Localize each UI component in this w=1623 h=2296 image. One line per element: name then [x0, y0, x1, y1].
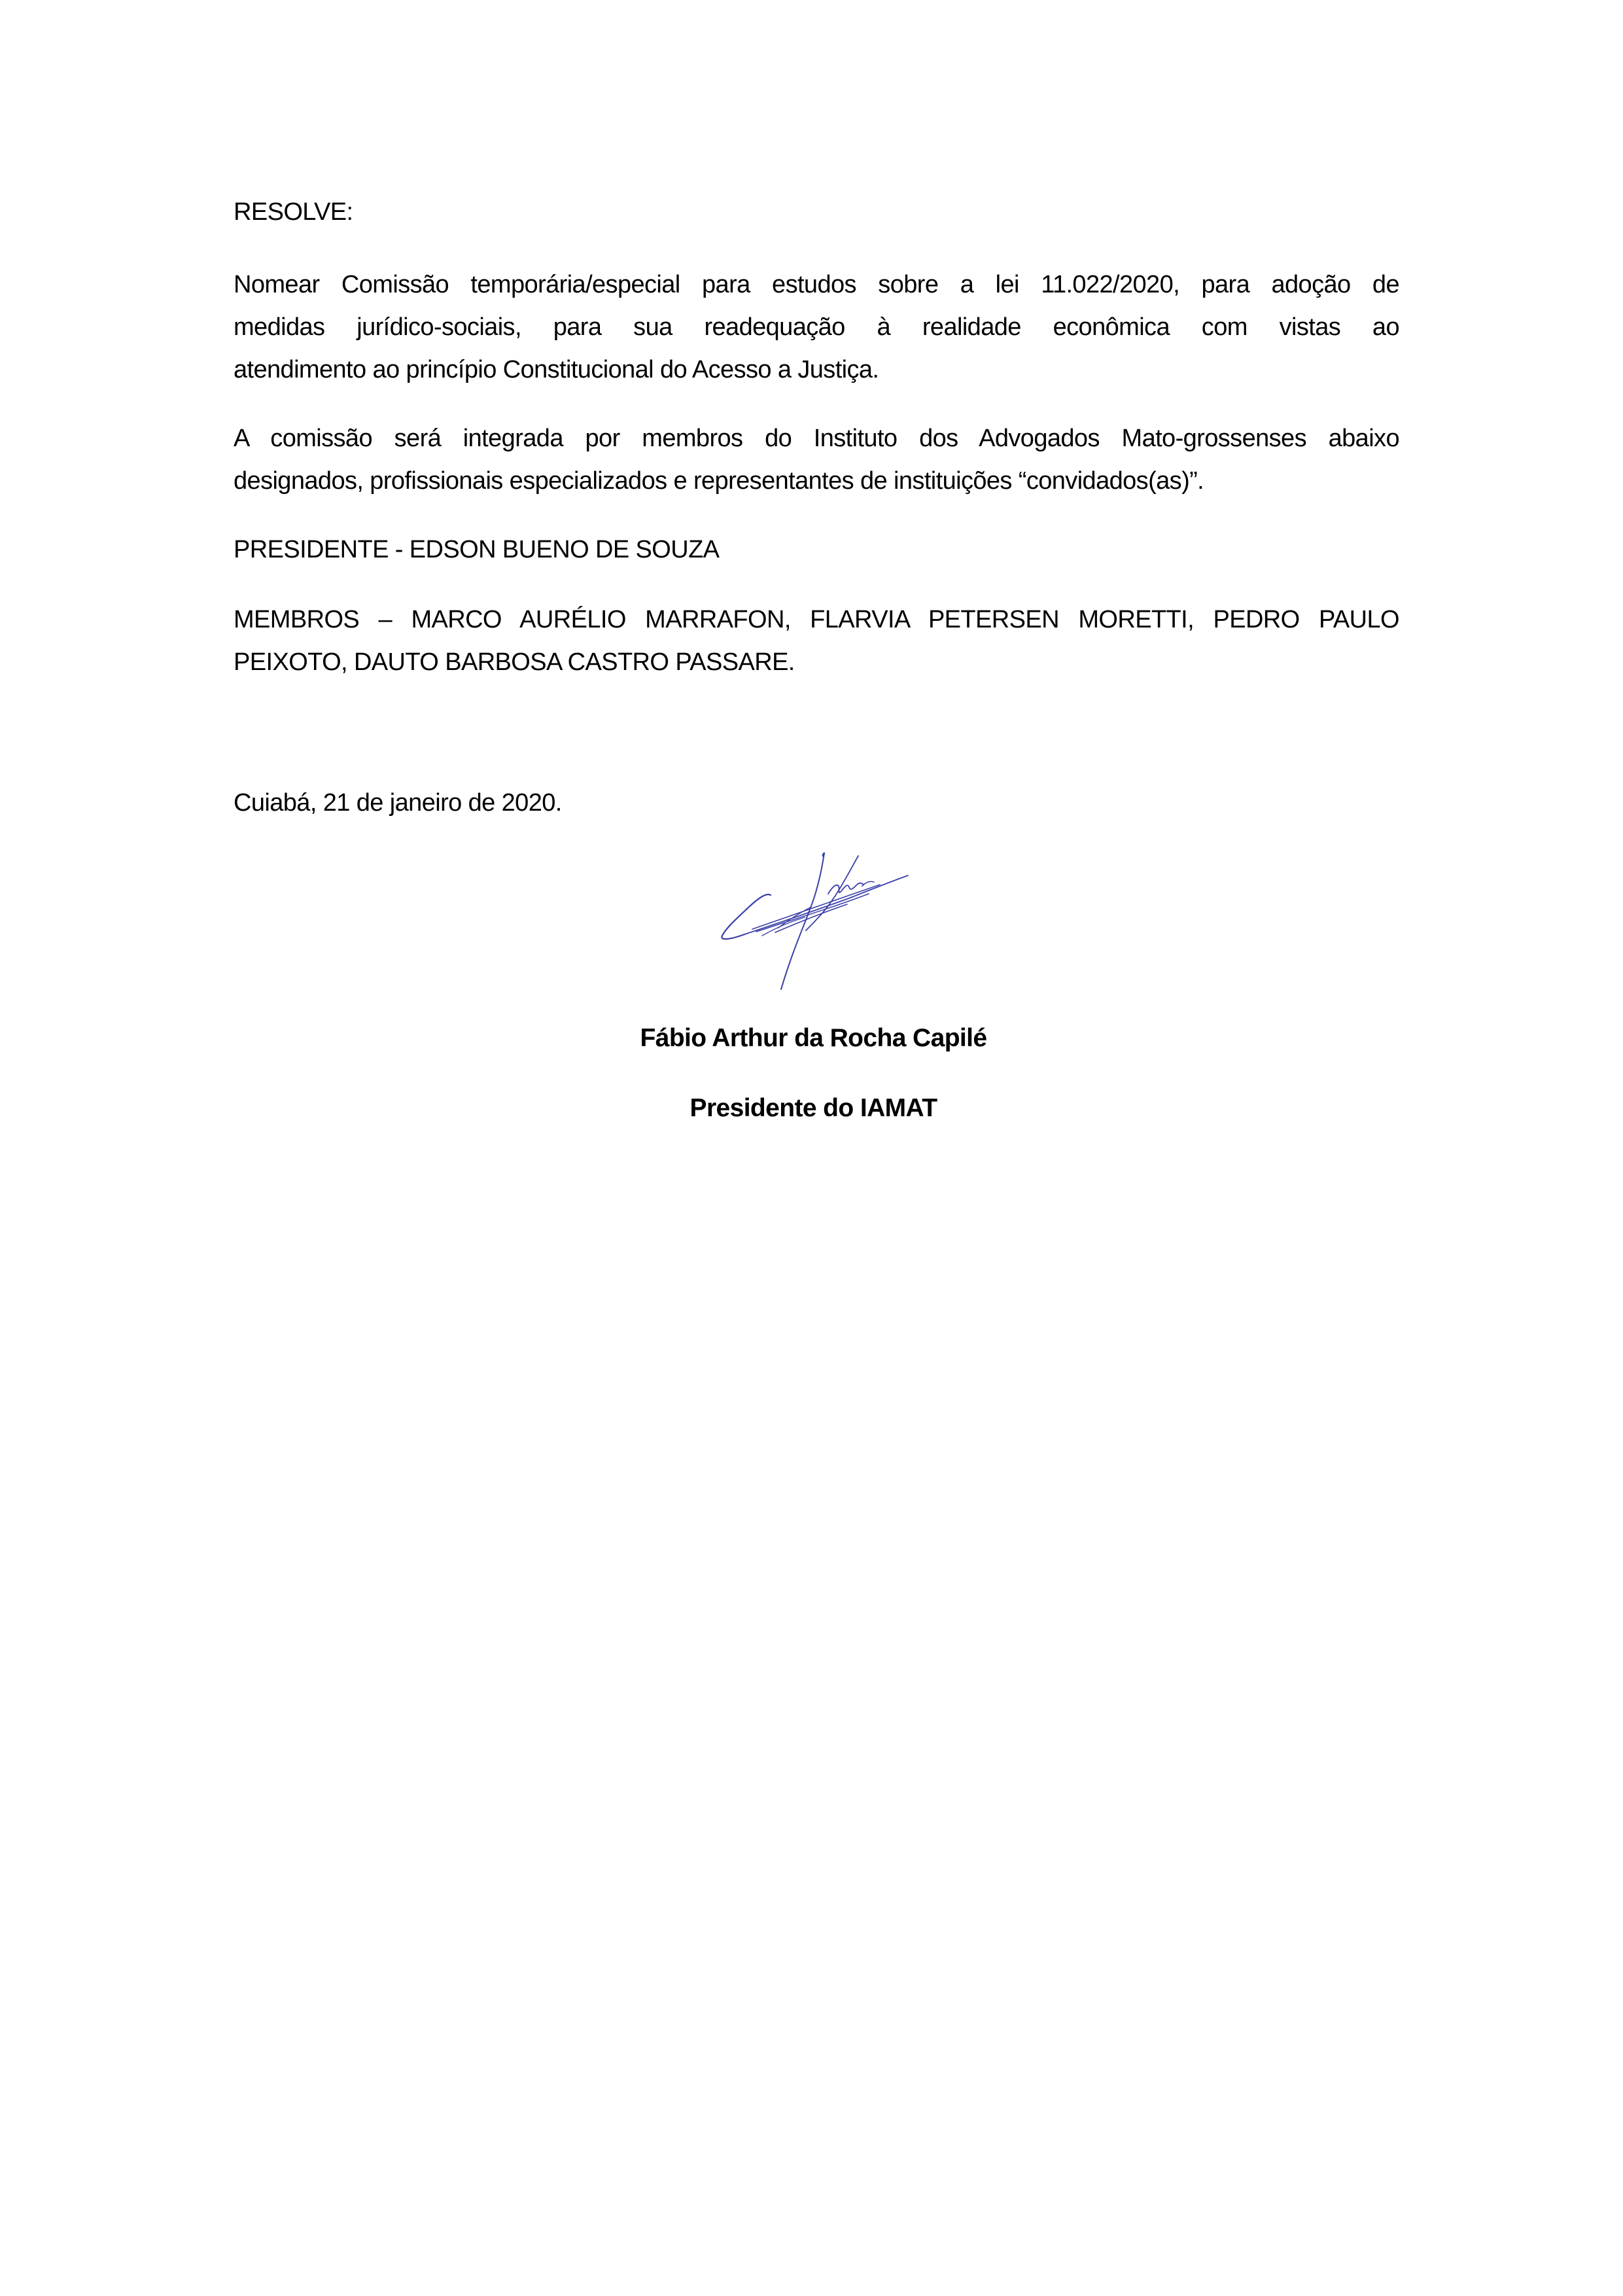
members-line: MEMBROS – MARCO AURÉLIO MARRAFON, FLARVI…	[234, 599, 1399, 641]
document-page: RESOLVE: Nomear Comissão temporária/espe…	[0, 0, 1623, 2296]
resolve-heading-text: RESOLVE:	[234, 191, 1399, 234]
paragraph-line: atendimento ao princípio Constitucional …	[234, 349, 1399, 391]
resolve-heading: RESOLVE:	[234, 191, 1399, 234]
paragraph-line: Nomear Comissão temporária/especial para…	[234, 264, 1399, 306]
commission-president: PRESIDENTE - EDSON BUENO DE SOUZA	[234, 529, 1399, 571]
members-line: PEIXOTO, DAUTO BARBOSA CASTRO PASSARE.	[234, 641, 1399, 684]
paragraph-line: A comissão será integrada por membros do…	[234, 417, 1399, 460]
paragraph-composition: A comissão será integrada por membros do…	[234, 417, 1399, 503]
date-place-text: Cuiabá, 21 de janeiro de 2020.	[234, 782, 1399, 824]
signer-title: Presidente do IAMAT	[0, 1094, 1623, 1123]
commission-members: MEMBROS – MARCO AURÉLIO MARRAFON, FLARVI…	[234, 599, 1399, 684]
president-line: PRESIDENTE - EDSON BUENO DE SOUZA	[234, 529, 1399, 571]
date-place: Cuiabá, 21 de janeiro de 2020.	[234, 782, 1399, 824]
signature-icon	[713, 844, 909, 991]
paragraph-line: designados, profissionais especializados…	[234, 460, 1399, 503]
paragraph-appointment: Nomear Comissão temporária/especial para…	[234, 264, 1399, 391]
signer-name: Fábio Arthur da Rocha Capilé	[0, 1024, 1623, 1053]
paragraph-line: medidas jurídico-sociais, para sua reade…	[234, 306, 1399, 349]
